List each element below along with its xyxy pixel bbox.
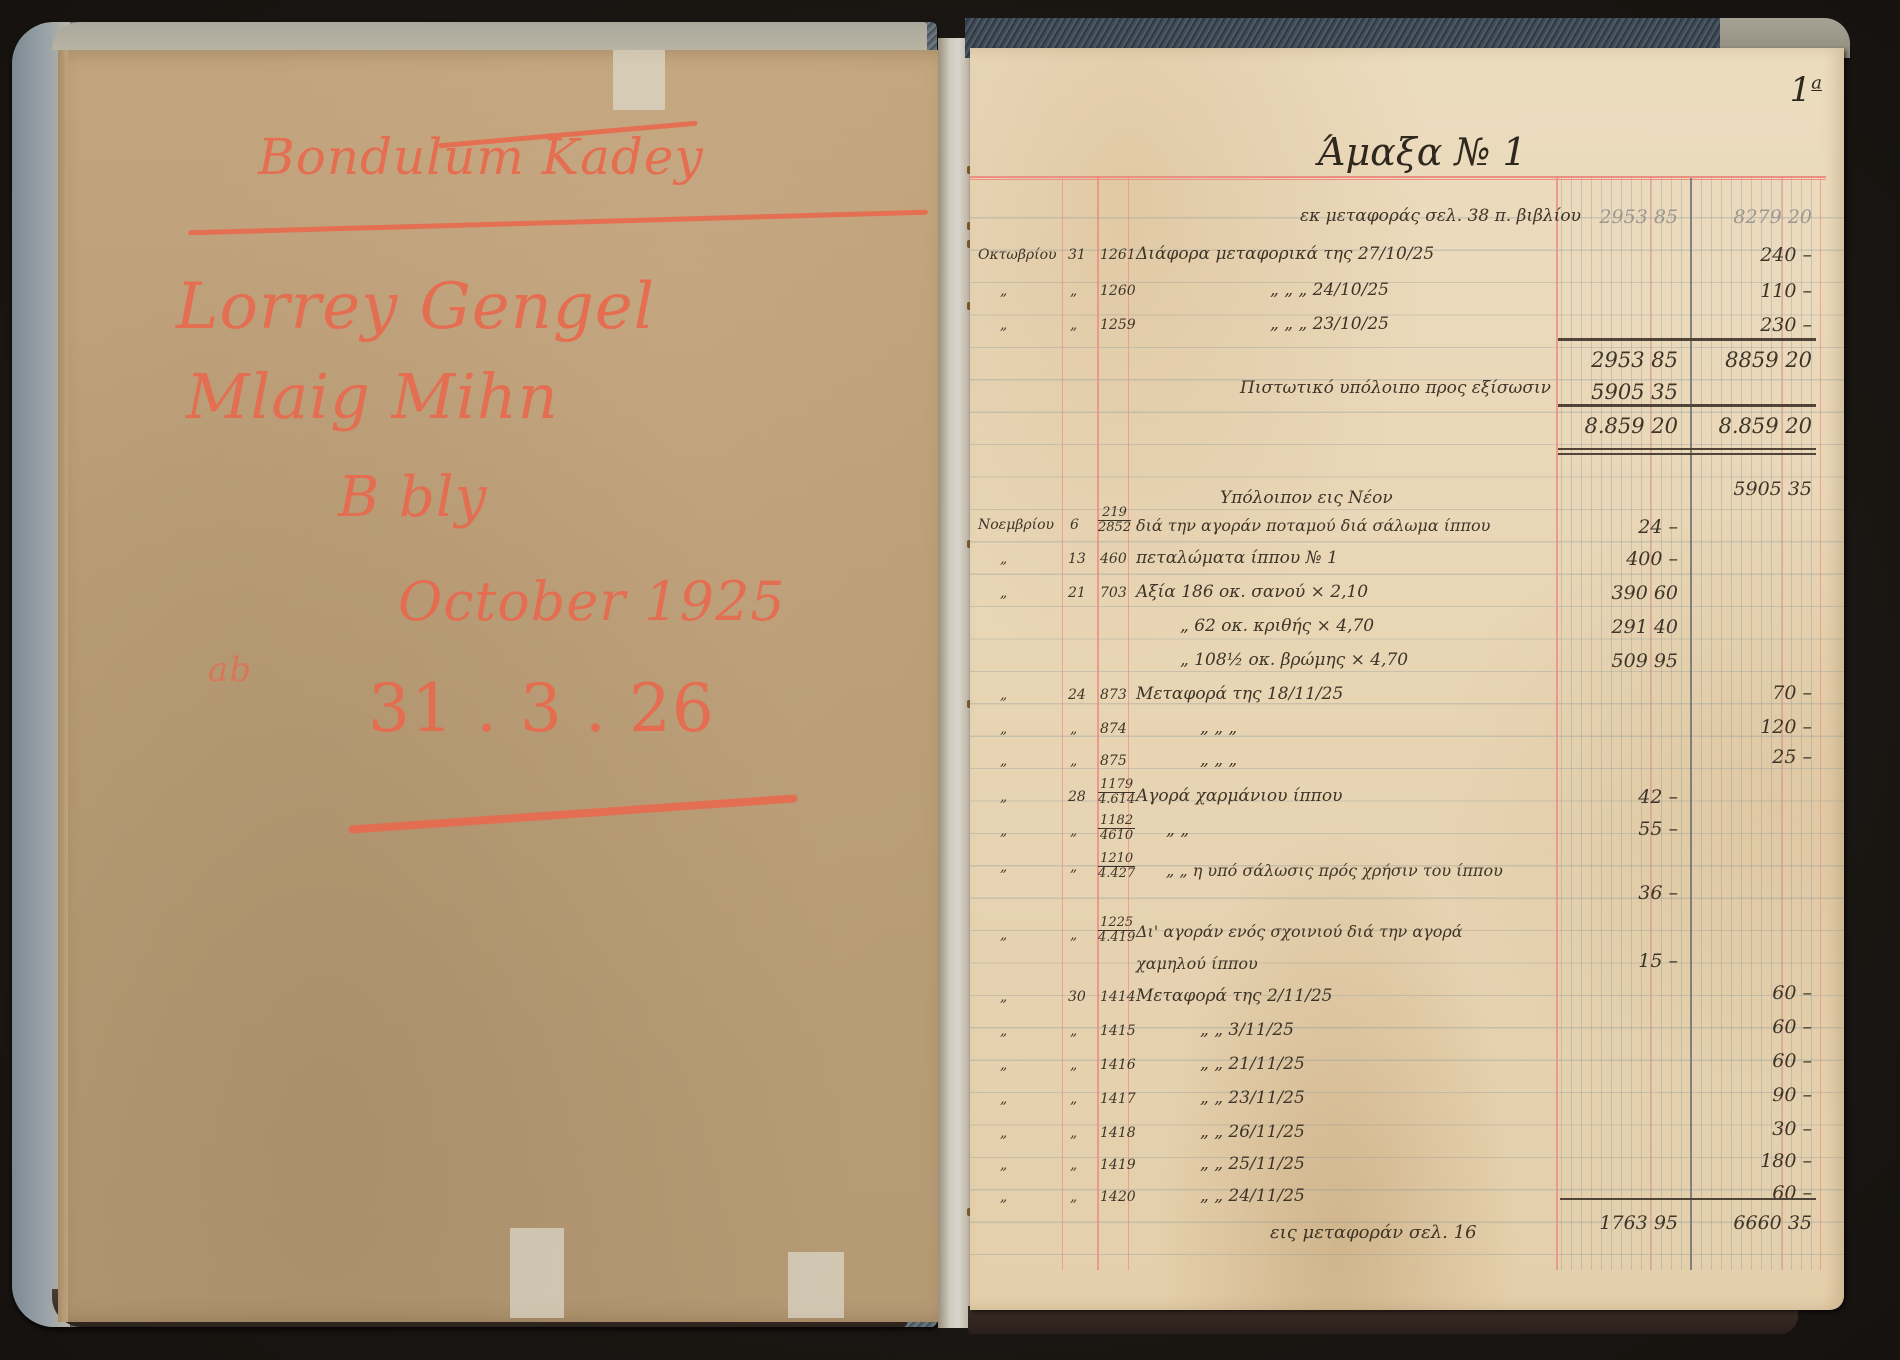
total-credit: 8.859 20 [1692, 416, 1812, 437]
double-rule-top [1558, 448, 1816, 450]
row-credit: 70 – [1692, 684, 1812, 703]
inscription-line-1: Bondulum Kadey [258, 128, 704, 186]
row-day: „ [1070, 1158, 1077, 1172]
row-description: „ „ 23/11/25 [1200, 1090, 1305, 1107]
row-month: „ [1000, 990, 1007, 1004]
row-description: Διάφορα μεταφορικά της 27/10/25 [1136, 246, 1434, 263]
row-credit: 180 – [1692, 1152, 1812, 1171]
row-credit: 90 – [1692, 1086, 1812, 1105]
row-day: „ [1070, 928, 1077, 942]
tape-strip-bottom-left [510, 1228, 564, 1318]
row-description: Μεταφορά της 2/11/25 [1136, 988, 1332, 1005]
row-description: Αγορά χαρμάνιου ίππου [1136, 788, 1342, 805]
row-month: „ [1000, 1190, 1007, 1204]
row-description: „ 62 οκ. κριθής × 4,70 [1180, 618, 1374, 635]
left-endpaper: Bondulum Kadey Lorrey Gengel Mlaig Mihn … [58, 50, 948, 1322]
column-rule-debit-cents [1650, 178, 1651, 1270]
row-credit: 30 – [1692, 1120, 1812, 1139]
row-month: „ [1000, 1024, 1007, 1038]
row-month: Οκτωβρίου [978, 248, 1057, 262]
inscription-line-3: Mlaig Mihn [186, 360, 559, 433]
row-description: „ 108½ οκ. βρώμης × 4,70 [1180, 652, 1408, 669]
row-ref: 1259 [1100, 318, 1136, 332]
brought-forward-label: εκ μεταφοράς σελ. 38 π. βιβλίου [1300, 208, 1581, 225]
row-credit: 60 – [1692, 984, 1812, 1003]
row-credit: 60 – [1692, 1018, 1812, 1037]
row-day: 28 [1068, 790, 1086, 804]
column-rule-day [1097, 178, 1099, 1270]
row-ref: 1260 [1100, 284, 1136, 298]
row-credit: 230 – [1692, 316, 1812, 335]
row-debit: 42 – [1558, 788, 1678, 807]
row-day: „ [1070, 318, 1077, 332]
inscription-line-4: B bly [338, 465, 487, 530]
endpaper-edge [58, 50, 68, 1322]
row-debit: 509 95 [1558, 652, 1678, 671]
row-day: 31 [1068, 248, 1086, 262]
row-ref: 1418 [1100, 1126, 1136, 1140]
subtotal-rule [1558, 338, 1816, 341]
row-day: „ [1070, 1024, 1077, 1038]
row-month: Νοεμβρίου [978, 518, 1054, 532]
cover-top-edge [52, 22, 927, 50]
total-debit: 8.859 20 [1558, 416, 1678, 437]
right-cover-bottom-edge [968, 1306, 1798, 1334]
carried-forward-rule [1560, 1198, 1816, 1200]
tape-strip-bottom-right [788, 1252, 844, 1318]
column-rule-month [1062, 178, 1063, 1270]
row-month: „ [1000, 1092, 1007, 1106]
row-debit: 36 – [1558, 884, 1678, 903]
row-month: „ [1000, 552, 1007, 566]
row-day: „ [1070, 754, 1077, 768]
row-debit: 15 – [1558, 952, 1678, 971]
inscription-line-6: ab [208, 650, 252, 690]
row-month: „ [1000, 824, 1007, 838]
row-description: Μεταφορά της 18/11/25 [1136, 686, 1343, 703]
row-day: „ [1070, 860, 1077, 874]
ledger-title: Άμαξα № 1 [1318, 130, 1527, 174]
row-day: 21 [1068, 586, 1086, 600]
inscription-line-5: October 1925 [398, 570, 786, 633]
inscription-underline [348, 794, 797, 833]
row-day: „ [1070, 1190, 1077, 1204]
row-credit: 110 – [1692, 282, 1812, 301]
row-ref: 1420 [1100, 1190, 1136, 1204]
row-day: 24 [1068, 688, 1086, 702]
scanned-book-spread: Bondulum Kadey Lorrey Gengel Mlaig Mihn … [0, 0, 1900, 1360]
row-ref: 1261 [1100, 248, 1136, 262]
double-rule-bottom [1558, 453, 1816, 455]
row-ref: 1419 [1100, 1158, 1136, 1172]
subtotal-credit: 8859 20 [1692, 350, 1812, 371]
row-description: πεταλώματα ίππου № 1 [1136, 550, 1338, 567]
row-description: „ „ [1166, 822, 1189, 839]
row-debit: 55 – [1558, 820, 1678, 839]
row-month: „ [1000, 1058, 1007, 1072]
row-day: „ [1070, 824, 1077, 838]
brought-forward-credit: 8279 20 [1692, 208, 1812, 227]
row-month: „ [1000, 1158, 1007, 1172]
row-day: „ [1070, 1092, 1077, 1106]
row-ref-fraction: 11824610 [1098, 814, 1135, 843]
row-month: „ [1000, 860, 1007, 874]
row-debit: 24 – [1558, 518, 1678, 537]
subtotal-debit: 2953 85 [1558, 350, 1678, 371]
row-month: „ [1000, 318, 1007, 332]
row-credit: 240 – [1692, 246, 1812, 265]
row-description: „ „ „ 24/10/25 [1270, 282, 1389, 299]
page-number: 1a [1790, 70, 1822, 110]
row-credit: 120 – [1692, 718, 1812, 737]
balance-carried-debit: 5905 35 [1558, 382, 1678, 403]
row-ref-fraction: 12254.419 [1098, 916, 1135, 945]
row-day: 13 [1068, 552, 1086, 566]
row-day: „ [1070, 1058, 1077, 1072]
row-description: „ „ 26/11/25 [1200, 1124, 1305, 1141]
book-gutter [938, 38, 972, 1328]
column-rule-debit [1556, 178, 1558, 1270]
carried-forward-label: εις μεταφοράν σελ. 16 [1270, 1224, 1477, 1242]
row-description: διά την αγοράν ποταμού διά σάλωμα ίππου [1136, 518, 1490, 534]
row-month: „ [1000, 1126, 1007, 1140]
balance-new-credit: 5905 35 [1692, 480, 1812, 499]
row-ref-fraction: 2192852 [1098, 506, 1131, 535]
row-day: 30 [1068, 990, 1086, 1004]
row-month: „ [1000, 790, 1007, 804]
row-description: „ „ 25/11/25 [1200, 1156, 1305, 1173]
row-day: „ [1070, 722, 1077, 736]
row-debit: 400 – [1558, 550, 1678, 569]
row-debit: 291 40 [1558, 618, 1678, 637]
row-description: „ „ 24/11/25 [1200, 1188, 1305, 1205]
row-month: „ [1000, 722, 1007, 736]
balance-new-label: Υπόλοιπον εις Νέον [1220, 490, 1393, 507]
row-month: „ [1000, 688, 1007, 702]
row-credit: 60 – [1692, 1184, 1812, 1203]
row-ref: 703 [1100, 586, 1127, 600]
row-credit: 25 – [1692, 748, 1812, 767]
row-ref: 460 [1100, 552, 1127, 566]
row-ref: 1414 [1100, 990, 1136, 1004]
row-day: 6 [1070, 518, 1079, 532]
row-ref-fraction: 11794.614 [1098, 778, 1135, 807]
row-day: „ [1070, 284, 1077, 298]
row-month: „ [1000, 754, 1007, 768]
carried-forward-credit: 6660 35 [1692, 1214, 1812, 1233]
row-description: „ „ 3/11/25 [1200, 1022, 1294, 1039]
row-description: Δι' αγοράν ενός σχοινιού διά την αγορά χ… [1136, 916, 1536, 980]
row-description: „ „ „ 23/10/25 [1270, 316, 1389, 333]
row-ref: 874 [1100, 722, 1127, 736]
row-description: „ „ η υπό σάλωσις πρός χρήσιν του ίππου [1166, 856, 1546, 886]
row-ref: 873 [1100, 688, 1127, 702]
row-ref: 1415 [1100, 1024, 1136, 1038]
row-ref: 875 [1100, 754, 1127, 768]
row-ref: 1416 [1100, 1058, 1136, 1072]
balance-carried-label: Πιστωτικό υπόλοιπο προς εξίσωσιν [1240, 380, 1551, 397]
row-description: „ „ 21/11/25 [1200, 1056, 1305, 1073]
inscription-line-2: Lorrey Gengel [176, 270, 655, 344]
row-ref-fraction: 12104.427 [1098, 852, 1135, 881]
row-credit: 60 – [1692, 1052, 1812, 1071]
row-description: „ „ „ [1200, 720, 1237, 737]
total-rule [1558, 404, 1816, 407]
brought-forward-debit: 2953 85 [1558, 208, 1678, 227]
row-month: „ [1000, 928, 1007, 942]
tape-strip-top [613, 50, 665, 110]
row-debit: 390 60 [1558, 584, 1678, 603]
row-month: „ [1000, 284, 1007, 298]
row-month: „ [1000, 586, 1007, 600]
column-rule-right-margin [1820, 178, 1821, 1270]
row-ref: 1417 [1100, 1092, 1136, 1106]
row-description: Αξία 186 οκ. σανού × 2,10 [1136, 584, 1368, 601]
inscription-rule-1 [188, 210, 928, 236]
ledger-page: 1a Άμαξα № 1 εκ μεταφοράς σελ. 38 π. βιβ… [970, 48, 1844, 1310]
row-description: „ „ „ [1200, 752, 1237, 769]
carried-forward-debit: 1763 95 [1558, 1214, 1678, 1233]
row-day: „ [1070, 1126, 1077, 1140]
inscription-date: 31 . 3 . 26 [368, 670, 715, 747]
